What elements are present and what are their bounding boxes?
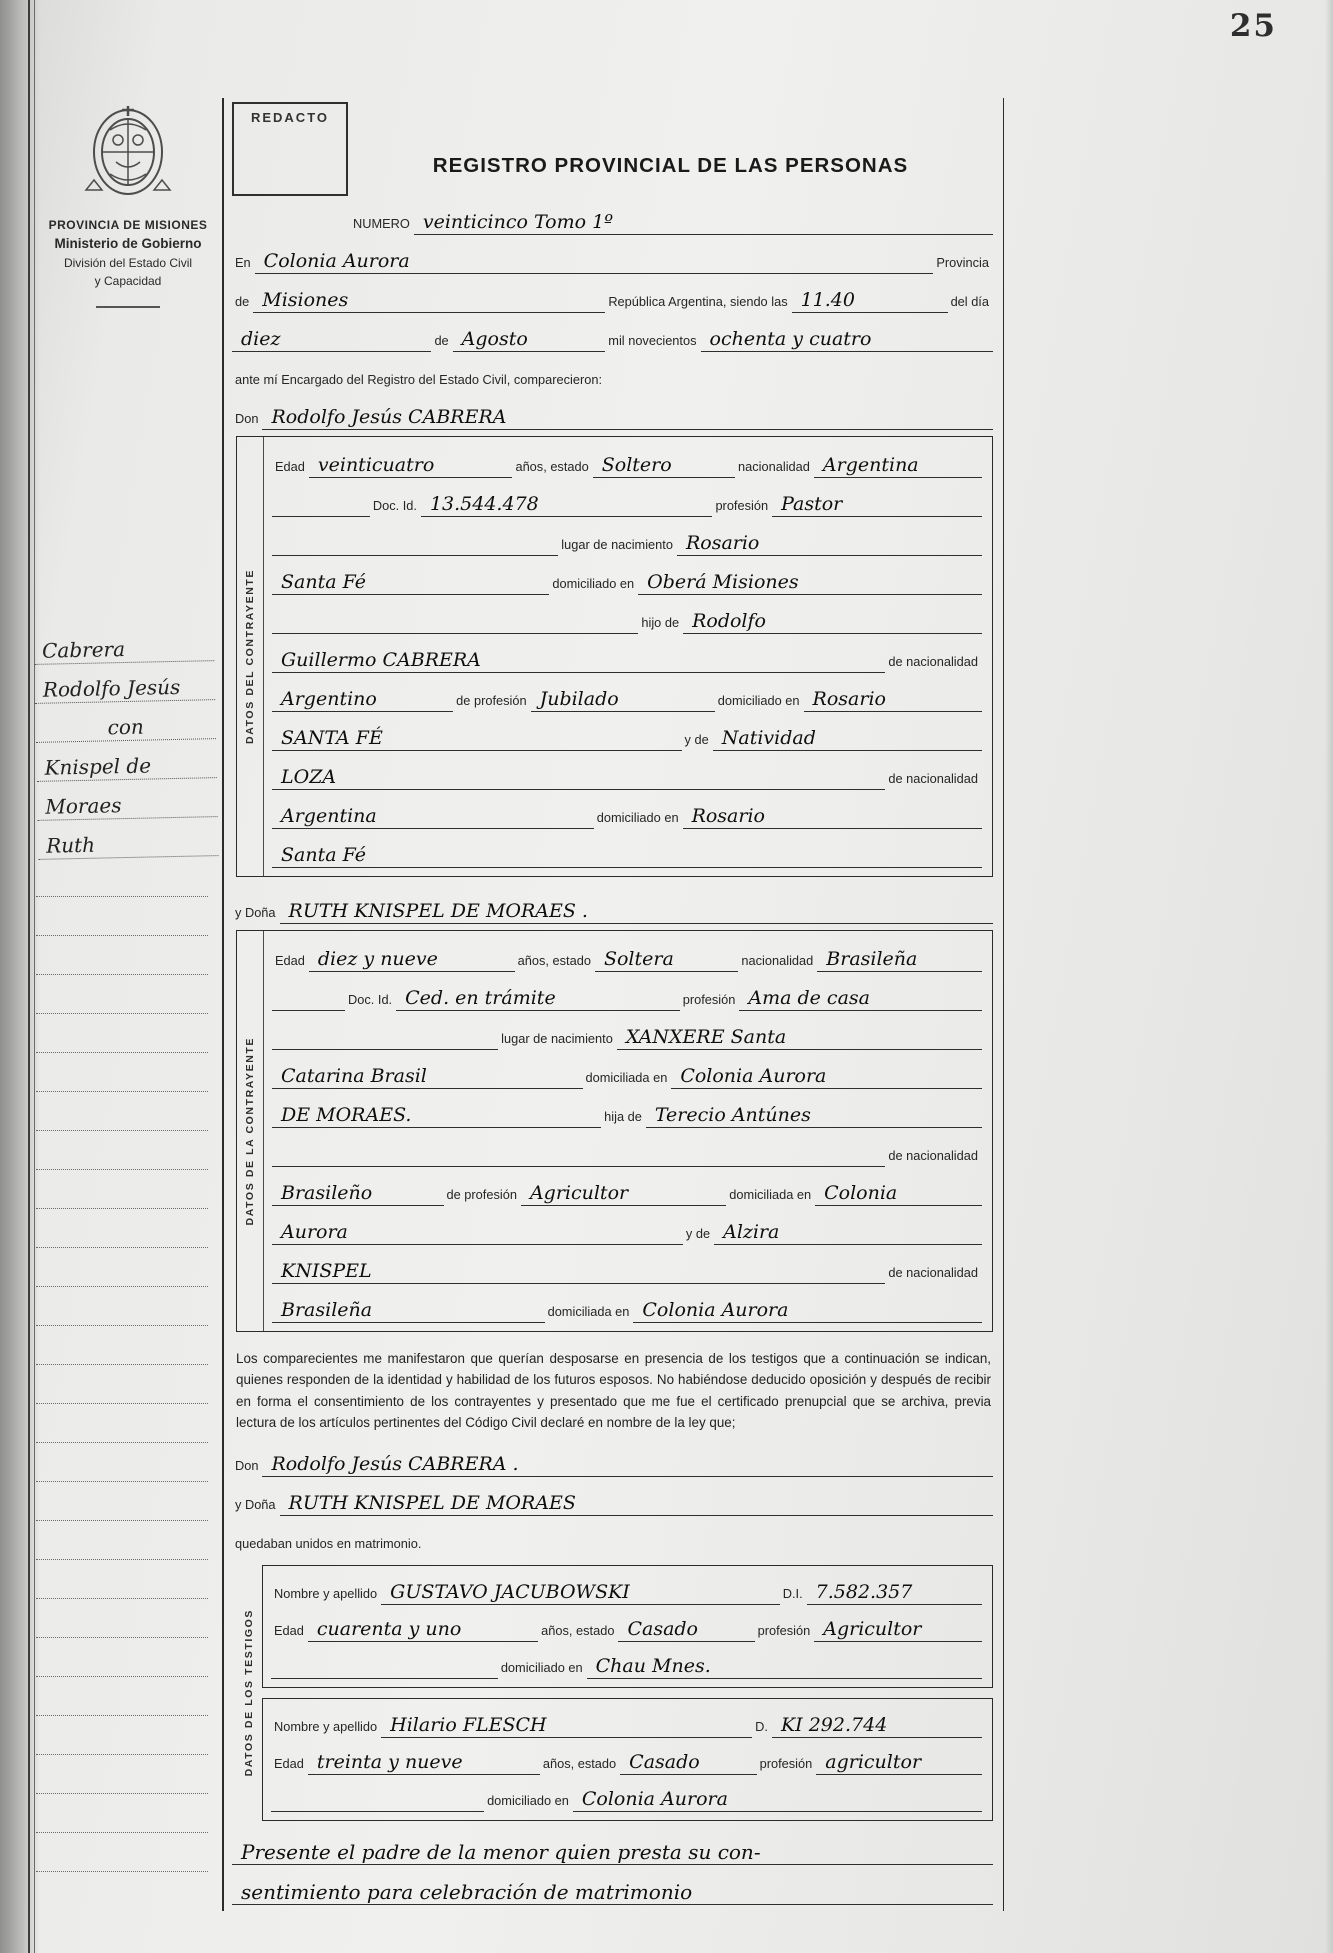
margin-ruled-line [36,1755,208,1794]
form-printed-label: Nombre y apellido [271,1586,381,1605]
form-row: Presente el padre de la menor quien pres… [232,1825,993,1865]
form-row: sentimiento para celebración de matrimon… [232,1865,993,1905]
handwritten-entry [272,632,638,634]
letterhead-line: División del Estado Civil [42,254,214,272]
form-row: Edadcuarenta y unoaños, estadoCasadoprof… [271,1605,982,1642]
handwritten-entry: KI 292.744 [772,1716,982,1738]
margin-handwritten-index: CabreraRodolfo JesúsconKnispel deMoraesR… [34,622,219,860]
form-printed-label: domiciliado en [484,1793,573,1812]
form-row: EnColonia AuroraProvincia [232,235,993,274]
handwritten-entry: Santa Fé [272,846,982,868]
form-printed-label: hija de [601,1109,646,1128]
form-row: Edaddiez y nueveaños, estadoSolteranacio… [272,933,982,972]
handwritten-entry [272,1048,498,1050]
handwritten-entry: Guillermo CABRERA [272,651,885,673]
handwritten-entry [272,1165,885,1167]
margin-ruled-line [36,1170,208,1209]
form-printed-label: y Doña [232,905,280,924]
scanned-civil-registry-page: 25 PROVINCIA DE MISIONESMinisterio de Go… [0,0,1333,1953]
section-groom-label-strip: DATOS DEL CONTRAYENTE [237,437,264,876]
form-printed-label: D. [752,1719,772,1738]
handwritten-entry: Ama de casa [739,989,982,1011]
handwritten-entry: 11.40 [792,291,948,313]
form-row: Catarina Brasildomiciliada enColonia Aur… [272,1050,982,1089]
form-row: Santa Fédomiciliado enOberá Misiones [272,556,982,595]
section-bride-label-strip: DATOS DE LA CONTRAYENTE [237,931,264,1331]
form-row: SANTA FÉy deNatividad [272,712,982,751]
margin-ruled-line [36,1326,208,1365]
section-witnesses-label: DATOS DE LOS TESTIGOS [243,1609,255,1776]
margin-ruled-line [36,1638,208,1677]
handwritten-entry: veinticinco Tomo 1º [414,213,993,235]
margin-ruled-line [36,1716,208,1755]
margin-ruled-line [36,1092,208,1131]
form-row: lugar de nacimientoXANXERE Santa [272,1011,982,1050]
form-row: diezdeAgostomil novecientosochenta y cua… [232,313,993,352]
form-printed-label: Don [232,1458,262,1477]
handwritten-entry: XANXERE Santa [617,1028,982,1050]
form-row: DonRodolfo Jesús CABRERA . [232,1438,993,1477]
handwritten-entry [272,554,558,556]
handwritten-entry: RUTH KNISPEL DE MORAES [280,1494,993,1516]
form-printed-label: de profesión [453,693,530,712]
margin-ruled-line [36,1248,208,1287]
form-printed-label: de [431,333,452,352]
letterhead-line: y Capacidad [42,272,214,290]
handwritten-entry: Casado [618,1620,754,1642]
margin-ruled-line [36,1833,208,1872]
handwritten-entry: Rosario [677,534,982,556]
form-printed-label: profesión [755,1623,815,1642]
letterhead-line: Ministerio de Gobierno [42,234,214,254]
handwritten-entry: agricultor [816,1753,982,1775]
witness-2-box: Nombre y apellidoHilario FLESCHD.KI 292.… [262,1698,993,1821]
handwritten-entry: treinta y nueve [308,1753,540,1775]
section-witnesses-label-strip: DATOS DE LOS TESTIGOS [236,1565,262,1821]
margin-ruled-line [36,1404,208,1443]
form-row: Guillermo CABRERAde nacionalidad [272,634,982,673]
margin-ruled-line [36,1794,208,1833]
margin-note-line: Ruth [38,817,219,860]
form-printed-label: Nombre y apellido [271,1719,381,1738]
letterhead-line: PROVINCIA DE MISIONES [42,216,214,234]
form-printed-label: Doc. Id. [345,992,396,1011]
handwritten-entry: KNISPEL [272,1262,885,1284]
page-right-edge [1325,0,1333,1953]
form-row: Edadveinticuatroaños, estadoSolteronacio… [272,439,982,478]
handwritten-entry [272,515,370,517]
handwritten-entry: cuarenta y uno [308,1620,538,1642]
form-printed-label: domiciliado en [549,576,638,595]
form-printed-label: domiciliada en [583,1070,672,1089]
form-printed-label: años, estado [540,1756,620,1775]
handwritten-entry: Colonia Aurora [255,252,934,274]
handwritten-entry: Agosto [453,330,606,352]
form-row: Auroray deAlzira [272,1206,982,1245]
form-printed-label: domiciliada en [545,1304,634,1323]
form-row: quedaban unidos en matrimonio. [232,1516,993,1555]
form-printed-label: de nacionalidad [885,771,982,790]
section-bride: DATOS DE LA CONTRAYENTE Edaddiez y nueve… [236,930,993,1332]
handwritten-entry: Hilario FLESCH [381,1716,752,1738]
handwritten-entry: RUTH KNISPEL DE MORAES . [280,902,993,924]
form-row: de nacionalidad [272,1128,982,1167]
form-printed-label: D.I. [780,1586,807,1605]
form-printed-label: NUMERO [350,216,414,235]
form-row: ante mí Encargado del Registro del Estad… [232,352,993,391]
margin-ruled-line [36,1014,208,1053]
handwritten-entry: Rosario [804,690,982,712]
margin-ruled-line [36,1287,208,1326]
form-row: domiciliado enChau Mnes. [271,1642,982,1679]
handwritten-entry: Presente el padre de la menor quien pres… [232,1842,993,1865]
handwritten-entry: SANTA FÉ [272,729,682,751]
margin-ruled-line [36,1209,208,1248]
handwritten-entry: 13.544.478 [421,495,712,517]
form-printed-label: de nacionalidad [885,654,982,673]
form-row: Santa Fé [272,829,982,868]
section-bride-label: DATOS DE LA CONTRAYENTE [244,1037,256,1225]
margin-ruled-line [36,1443,208,1482]
handwritten-entry: Santa Fé [272,573,549,595]
margin-ruled-line [36,1131,208,1170]
handwritten-entry: Soltero [593,456,735,478]
form-row: Brasileñadomiciliada enColonia Aurora [272,1284,982,1323]
form-printed-label: años, estado [512,459,592,478]
form-row: domiciliado enColonia Aurora [271,1775,982,1812]
form-printed-label: Edad [272,459,309,478]
handwritten-entry: Catarina Brasil [272,1067,583,1089]
form-row: Edadtreinta y nueveaños, estadoCasadopro… [271,1738,982,1775]
handwritten-entry: Brasileña [272,1301,545,1323]
handwritten-entry: Alzira [714,1223,982,1245]
witness-1-box: Nombre y apellidoGUSTAVO JACUBOWSKID.I.7… [262,1565,993,1688]
letterhead-rule [96,306,160,308]
handwritten-entry: Ced. en trámite [396,989,680,1011]
handwritten-entry: Terecio Antúnes [646,1106,982,1128]
form-printed-label: domiciliado en [715,693,804,712]
form-printed-label: lugar de nacimiento [498,1031,617,1050]
margin-note-line: Rodolfo Jesús [34,661,215,704]
form-printed-label: Don [232,411,262,430]
form-printed-label: del día [948,294,993,313]
handwritten-entry: DE MORAES. [272,1106,601,1128]
handwritten-entry: Agricultor [521,1184,726,1206]
margin-dotted-lines [36,858,208,1872]
form-row: deMisionesRepública Argentina, siendo la… [232,274,993,313]
handwritten-entry: Soltera [595,950,738,972]
handwritten-entry: Natividad [713,729,982,751]
form-printed-label: de profesión [444,1187,521,1206]
handwritten-entry: Rodolfo Jesús CABRERA [262,408,993,430]
margin-note-line: Moraes [37,778,218,821]
form-row: DonRodolfo Jesús CABRERA [232,391,993,430]
handwritten-entry: Colonia Aurora [671,1067,982,1089]
handwritten-entry: Argentina [814,456,982,478]
header-fields: NUMEROveinticinco Tomo 1ºEnColonia Auror… [232,196,993,430]
form-header: REDACTO REGISTRO PROVINCIAL DE LAS PERSO… [232,102,993,196]
handwritten-entry: Oberá Misiones [638,573,982,595]
form-printed-label: hijo de [638,615,683,634]
handwritten-entry: Casado [620,1753,756,1775]
consent-note-rows: Presente el padre de la menor quien pres… [232,1825,993,1905]
form-printed-label: domiciliado en [594,810,683,829]
form-printed-label: profesión [757,1756,817,1775]
handwritten-entry: Aurora [272,1223,683,1245]
handwritten-entry: Rosario [683,807,982,829]
registry-form: REDACTO REGISTRO PROVINCIAL DE LAS PERSO… [222,98,1004,1911]
margin-ruled-line [36,1482,208,1521]
form-printed-label: En [232,255,255,274]
form-printed-label: años, estado [538,1623,618,1642]
form-printed-label: profesión [680,992,740,1011]
section-groom-label: DATOS DEL CONTRAYENTE [244,569,256,744]
margin-ruled-line [36,1053,208,1092]
section-witnesses: DATOS DE LOS TESTIGOS Nombre y apellidoG… [236,1565,993,1821]
handwritten-entry: ochenta y cuatro [701,330,993,352]
form-title: REGISTRO PROVINCIAL DE LAS PERSONAS [348,102,993,178]
handwritten-entry: Argentino [272,690,453,712]
handwritten-entry: Pastor [772,495,982,517]
section-groom: DATOS DEL CONTRAYENTE Edadveinticuatroañ… [236,436,993,877]
form-row: NUMEROveinticinco Tomo 1º [232,196,993,235]
form-printed-label: de nacionalidad [885,1148,982,1167]
form-printed-label: República Argentina, siendo las [605,294,791,313]
handwritten-entry: diez y nueve [309,950,515,972]
form-printed-label: años, estado [515,953,595,972]
coat-of-arms-icon [82,100,174,202]
letterhead: PROVINCIA DE MISIONESMinisterio de Gobie… [42,100,214,308]
handwritten-entry: Colonia [815,1184,982,1206]
margin-note-line: Cabrera [34,622,215,665]
handwritten-entry: Misiones [253,291,605,313]
form-printed-label: nacionalidad [735,459,814,478]
page-number: 25 [1230,8,1277,44]
form-printed-label: Edad [272,953,309,972]
form-row: DE MORAES.hija deTerecio Antúnes [272,1089,982,1128]
form-printed-label: ante mí Encargado del Registro del Estad… [232,372,606,391]
handwritten-entry: Agricultor [814,1620,982,1642]
handwritten-entry: Colonia Aurora [633,1301,982,1323]
handwritten-entry: 7.582.357 [807,1583,982,1605]
margin-note-line: con [35,700,216,743]
margin-ruled-line [36,858,208,897]
form-printed-label: lugar de nacimiento [558,537,677,556]
margin-ruled-line [36,1599,208,1638]
form-row: Nombre y apellidoGUSTAVO JACUBOWSKID.I.7… [271,1568,982,1605]
margin-ruled-line [36,1677,208,1716]
form-row: KNISPELde nacionalidad [272,1245,982,1284]
form-printed-label: Edad [271,1756,308,1775]
handwritten-entry: GUSTAVO JACUBOWSKI [381,1583,780,1605]
margin-ruled-line [36,936,208,975]
form-printed-label: Edad [271,1623,308,1642]
form-row: Nombre y apellidoHilario FLESCHD.KI 292.… [271,1701,982,1738]
handwritten-entry: Brasileño [272,1184,444,1206]
handwritten-entry [272,1009,345,1011]
form-row: Doc. Id.Ced. en trámiteprofesiónAma de c… [272,972,982,1011]
form-row: lugar de nacimientoRosario [272,517,982,556]
handwritten-entry: Argentina [272,807,594,829]
form-row: Brasileñode profesiónAgricultordomicilia… [272,1167,982,1206]
handwritten-entry [271,1677,498,1679]
form-printed-label: domiciliada en [726,1187,815,1206]
form-printed-label: de [232,294,253,313]
handwritten-entry: Rodolfo Jesús CABRERA . [262,1455,993,1477]
handwritten-entry: Rodolfo [683,612,982,634]
handwritten-entry: veinticuatro [309,456,513,478]
section-groom-rows: Edadveinticuatroaños, estadoSolteronacio… [264,437,992,876]
handwritten-entry: Chau Mnes. [587,1657,982,1679]
handwritten-entry: diez [232,330,431,352]
witness-boxes: Nombre y apellidoGUSTAVO JACUBOWSKID.I.7… [262,1565,993,1821]
form-printed-label: Doc. Id. [370,498,421,517]
margin-ruled-line [36,1365,208,1404]
handwritten-entry: sentimiento para celebración de matrimon… [232,1882,993,1905]
form-printed-label: Provincia [933,255,993,274]
margin-ruled-line [36,975,208,1014]
marriage-declaration-rows: DonRodolfo Jesús CABRERA .y DoñaRUTH KNI… [232,1438,993,1555]
margin-ruled-line [36,897,208,936]
bride-intro-row: y DoñaRUTH KNISPEL DE MORAES . [232,885,993,924]
form-row: Doc. Id.13.544.478profesiónPastor [272,478,982,517]
form-row: y DoñaRUTH KNISPEL DE MORAES . [232,885,993,924]
form-printed-label: profesión [712,498,772,517]
margin-ruled-line [36,1560,208,1599]
form-printed-label: nacionalidad [738,953,817,972]
handwritten-entry: Colonia Aurora [573,1790,982,1812]
left-margin-rule [28,0,35,1953]
form-printed-label: domiciliado en [498,1660,587,1679]
form-row: Argentinode profesiónJubiladodomiciliado… [272,673,982,712]
handwritten-entry: Jubilado [531,690,715,712]
form-row: hijo deRodolfo [272,595,982,634]
form-row: y DoñaRUTH KNISPEL DE MORAES [232,1477,993,1516]
handwritten-entry: LOZA [272,768,885,790]
handwritten-entry [271,1810,484,1812]
form-printed-label: mil novecientos [605,333,700,352]
form-printed-label: de nacionalidad [885,1265,982,1284]
declaration-paragraph: Los comparecientes me manifestaron que q… [236,1348,991,1434]
form-printed-label: y de [683,1226,714,1245]
form-row: Argentinadomiciliado enRosario [272,790,982,829]
redacto-stamp-box: REDACTO [232,102,348,196]
margin-note-line: Knispel de [36,739,217,782]
form-printed-label: y Doña [232,1497,280,1516]
form-printed-label: y de [682,732,713,751]
form-printed-label: quedaban unidos en matrimonio. [232,1536,425,1555]
section-bride-rows: Edaddiez y nueveaños, estadoSolteranacio… [264,931,992,1331]
handwritten-entry: Brasileña [817,950,982,972]
form-row: LOZAde nacionalidad [272,751,982,790]
margin-ruled-line [36,1521,208,1560]
